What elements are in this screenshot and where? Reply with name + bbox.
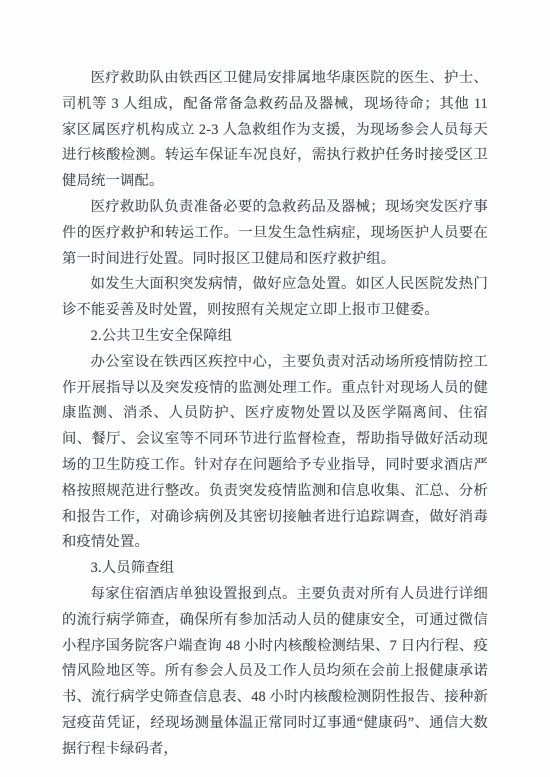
document-page: 医疗救助队由铁西区卫健局安排属地华康医院的医生、护士、司机等 3 人组成，配备常… [0,0,550,777]
paragraph: 办公室设在铁西区疾控中心，主要负责对活动场所疫情防控工作开展指导以及突发疫情的监… [62,350,488,556]
paragraph: 医疗救助队负责准备必要的急救药品及器械；现场突发医疗事件的医疗救护和转运工作。一… [62,195,488,272]
paragraph: 3.人员筛查组 [62,556,488,582]
document-body: 医疗救助队由铁西区卫健局安排属地华康医院的医生、护士、司机等 3 人组成，配备常… [62,66,488,763]
paragraph: 医疗救助队由铁西区卫健局安排属地华康医院的医生、护士、司机等 3 人组成，配备常… [62,66,488,195]
paragraph: 每家住宿酒店单独设置报到点。主要负责对所有人员进行详细的流行病学筛查，确保所有参… [62,582,488,763]
paragraph: 如发生大面积突发病情，做好应急处置。如区人民医院发热门诊不能妥善及时处置，则按照… [62,272,488,324]
page-number: 16 [0,719,550,730]
paragraph: 2.公共卫生安全保障组 [62,324,488,350]
